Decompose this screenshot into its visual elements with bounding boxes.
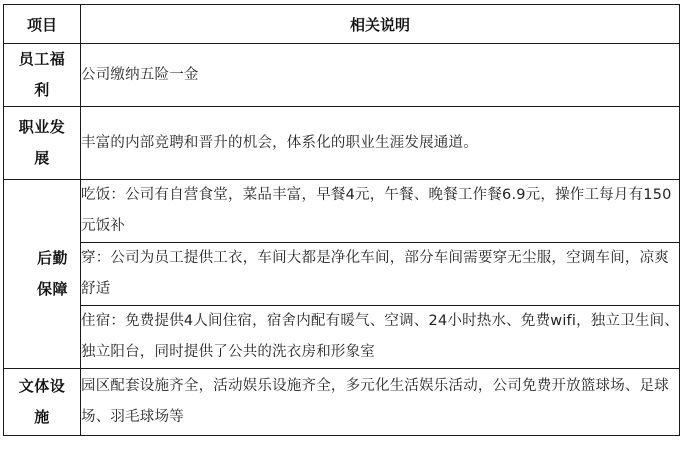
table-row: 后勤 保障 吃饭：公司有自营食堂，菜品丰富，早餐4元，午餐、晚餐工作餐6.9元，… bbox=[4, 180, 680, 243]
description-cell: 丰富的内部竞聘和晋升的机会，体系化的职业生涯发展通道。 bbox=[81, 107, 680, 180]
category-cell: 员工福 利 bbox=[4, 44, 81, 107]
table-row: 住宿：免费提供4人间住宿，宿舍内配有暖气、空调、24小时热水、免费wifi，独立… bbox=[4, 306, 680, 369]
description-cell: 公司缴纳五险一金 bbox=[81, 44, 680, 107]
table-row: 文体设 施 园区配套设施齐全，活动娱乐设施齐全，多元化生活娱乐活动，公司免费开放… bbox=[4, 369, 680, 436]
category-line: 施 bbox=[4, 402, 80, 433]
description-cell: 园区配套设施齐全，活动娱乐设施齐全，多元化生活娱乐活动，公司免费开放篮球场、足球… bbox=[81, 369, 680, 436]
header-description: 相关说明 bbox=[81, 5, 680, 44]
category-cell: 职业发 展 bbox=[4, 107, 81, 180]
table-row: 职业发 展 丰富的内部竞聘和晋升的机会，体系化的职业生涯发展通道。 bbox=[4, 107, 680, 180]
description-cell-meals: 吃饭：公司有自营食堂，菜品丰富，早餐4元，午餐、晚餐工作餐6.9元，操作工每月有… bbox=[81, 180, 680, 243]
category-line: 员工福 bbox=[4, 44, 80, 75]
table-row: 员工福 利 公司缴纳五险一金 bbox=[4, 44, 680, 107]
category-cell: 文体设 施 bbox=[4, 369, 81, 436]
category-line: 展 bbox=[4, 143, 80, 174]
description-cell-clothing: 穿：公司为员工提供工衣，车间大都是净化车间，部分车间需要穿无尘服，空调车间，凉爽… bbox=[81, 243, 680, 306]
category-cell: 后勤 保障 bbox=[4, 180, 81, 369]
category-line: 保障 bbox=[4, 274, 68, 305]
table-row: 穿：公司为员工提供工衣，车间大都是净化车间，部分车间需要穿无尘服，空调车间，凉爽… bbox=[4, 243, 680, 306]
header-item: 项目 bbox=[4, 5, 81, 44]
category-line: 文体设 bbox=[4, 371, 80, 402]
category-line: 后勤 bbox=[4, 243, 68, 274]
benefits-table: 项目 相关说明 员工福 利 公司缴纳五险一金 职业发 展 丰富的内部竞聘和晋升的… bbox=[3, 4, 680, 436]
category-line: 职业发 bbox=[4, 112, 80, 143]
category-line: 利 bbox=[4, 75, 80, 106]
description-cell-housing: 住宿：免费提供4人间住宿，宿舍内配有暖气、空调、24小时热水、免费wifi，独立… bbox=[81, 306, 680, 369]
header-row: 项目 相关说明 bbox=[4, 5, 680, 44]
